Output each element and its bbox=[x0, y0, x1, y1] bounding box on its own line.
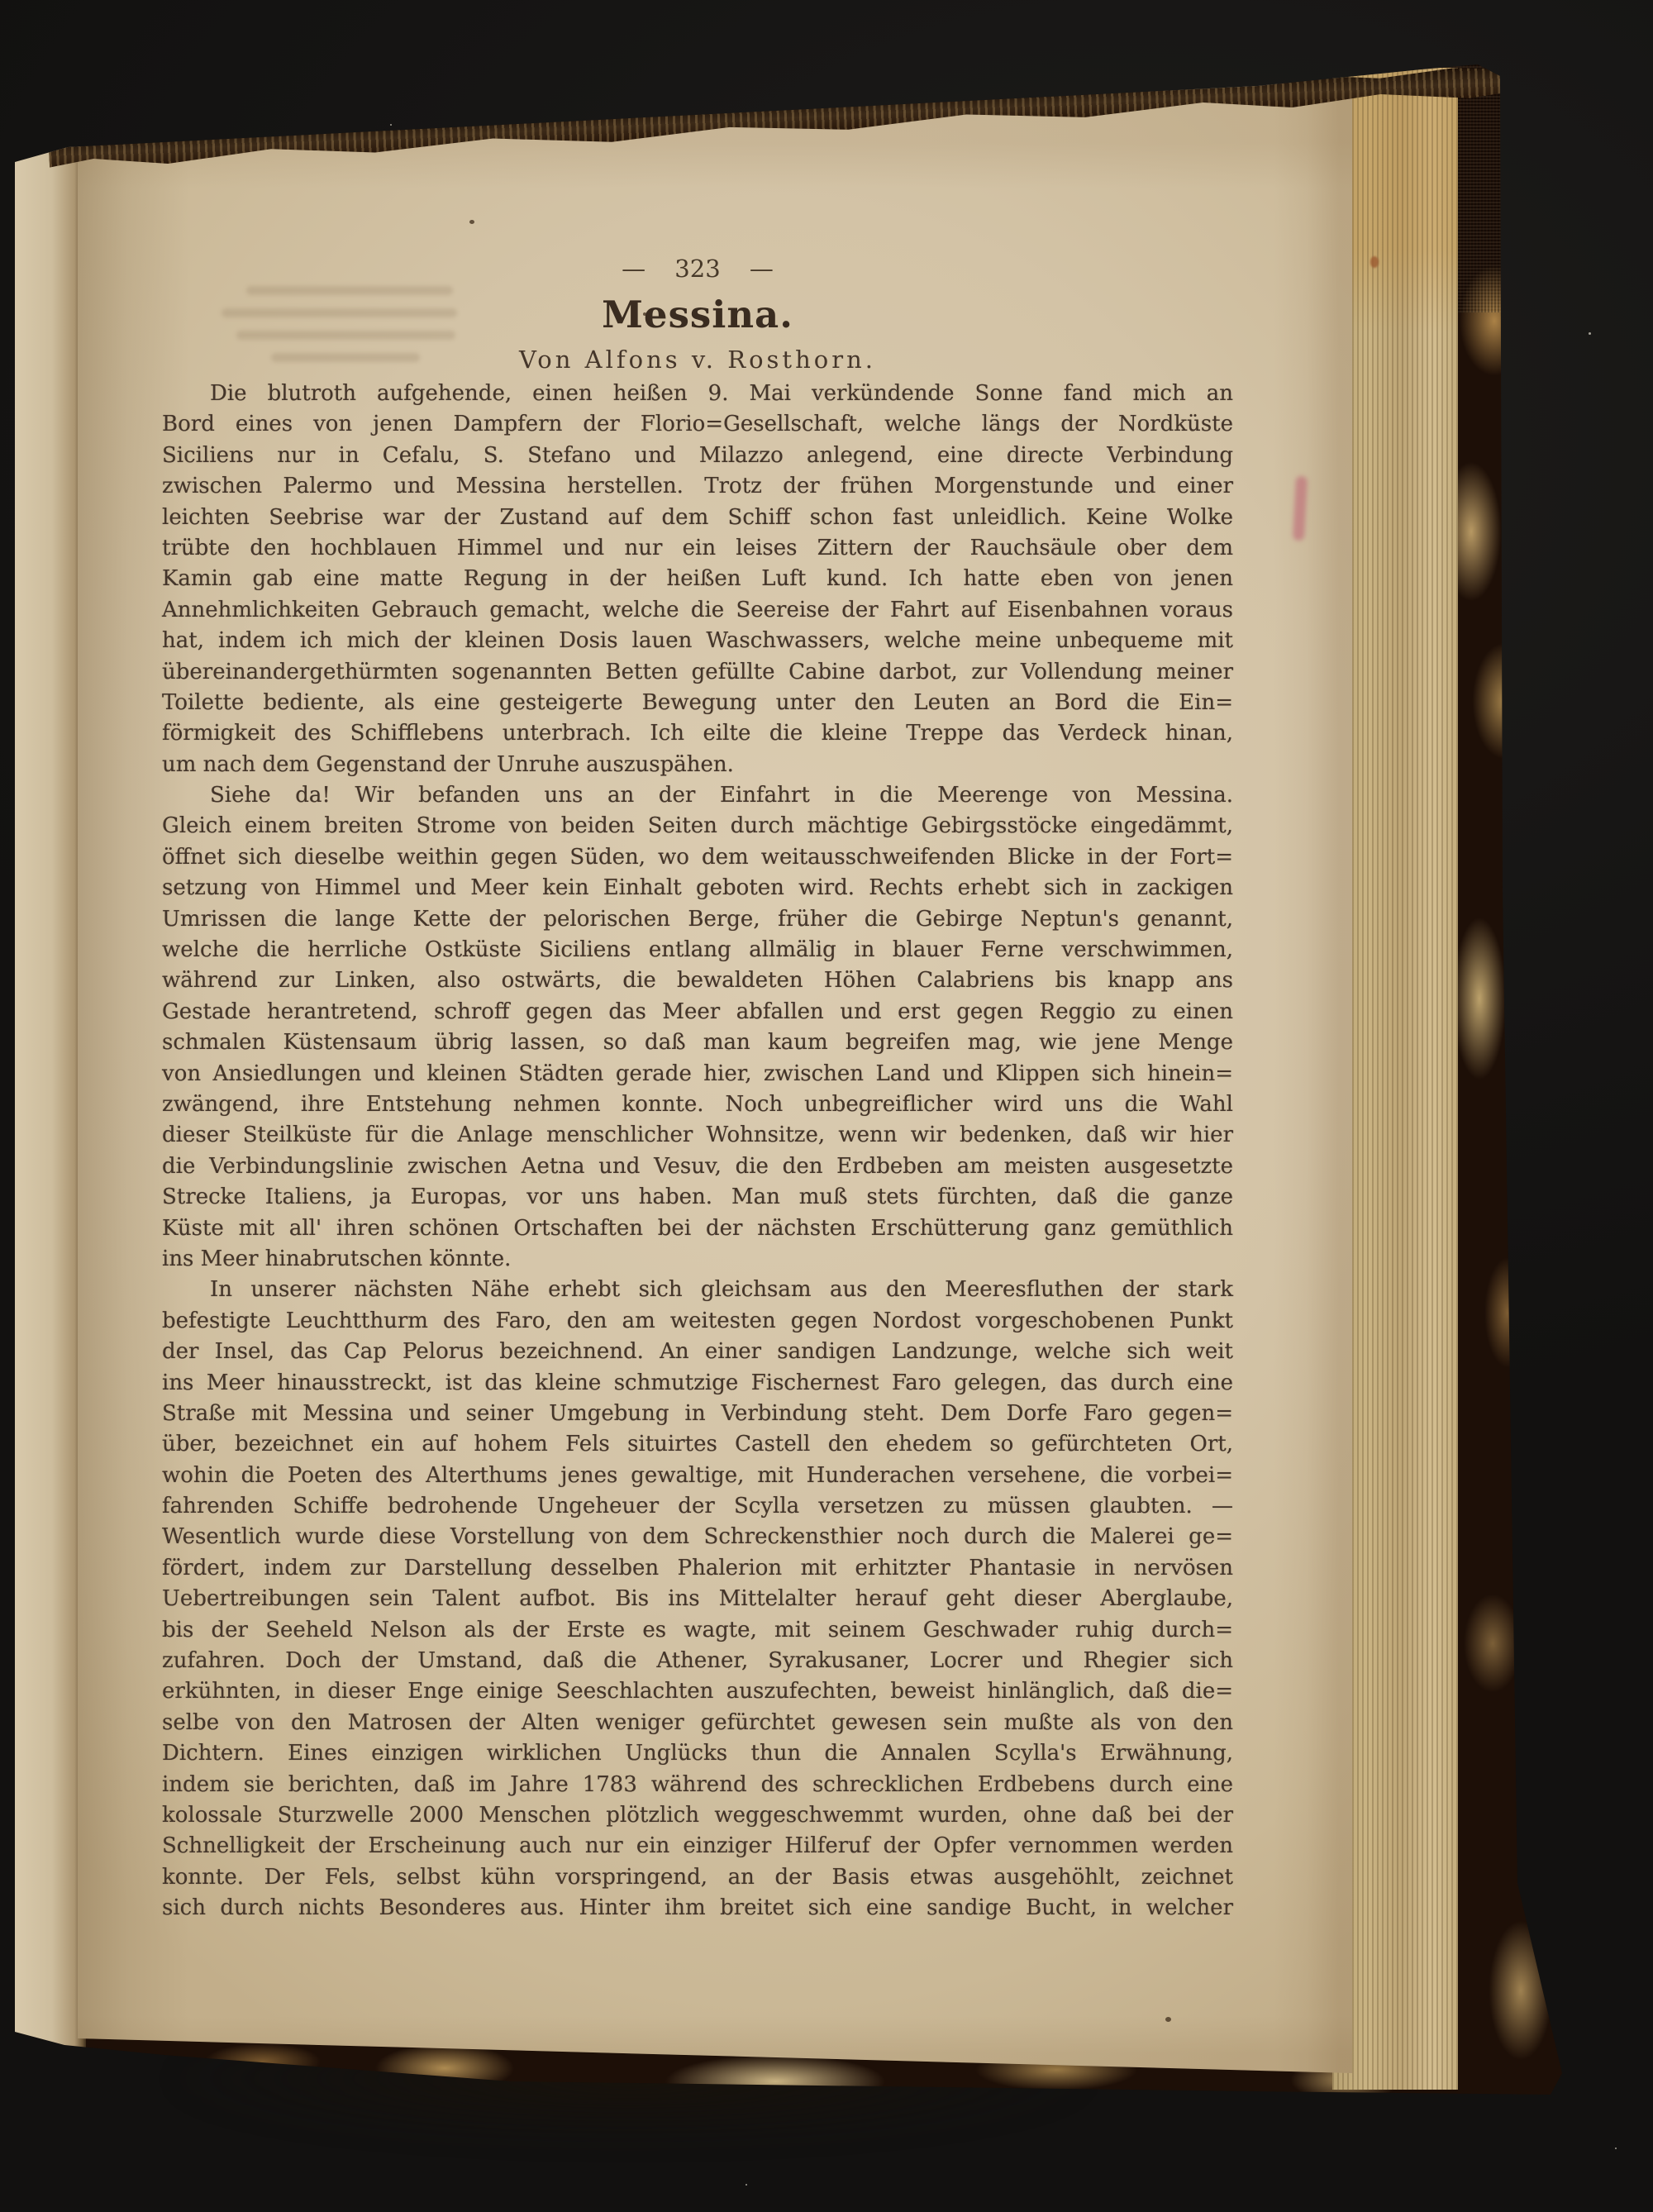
text-line: indem sie berichten, daß im Jahre 1783 w… bbox=[162, 1770, 1233, 1800]
text-line: übereinandergethürmten sogenannten Bette… bbox=[162, 657, 1233, 688]
text-line: förmigkeit des Schifflebens unterbrach. … bbox=[162, 718, 1233, 749]
text-line: zwischen Palermo und Messina herstellen.… bbox=[162, 471, 1233, 502]
text-line: selbe von den Matrosen der Alten weniger… bbox=[162, 1708, 1233, 1738]
text-line: Schnelligkeit der Erscheinung auch nur e… bbox=[162, 1831, 1233, 1862]
text-line: befestigte Leuchtthurm des Faro, den am … bbox=[162, 1306, 1233, 1337]
text-line: In unserer nächsten Nähe erhebt sich gle… bbox=[162, 1275, 1233, 1305]
text-line: erkühnten, in dieser Enge einige Seeschl… bbox=[162, 1676, 1233, 1707]
text-line: welche die herrliche Ostküste Siciliens … bbox=[162, 935, 1233, 965]
text-line: während zur Linken, also ostwärts, die b… bbox=[162, 965, 1233, 996]
text-line: fördert, indem zur Darstellung desselben… bbox=[162, 1553, 1233, 1584]
text-line: ins Meer hinabrutschen könnte. bbox=[162, 1244, 1233, 1275]
dust-speck bbox=[746, 2184, 747, 2186]
text-line: Die blutroth aufgehende, einen heißen 9.… bbox=[162, 379, 1233, 409]
text-line: zwängend, ihre Entstehung nehmen konnte.… bbox=[162, 1089, 1233, 1120]
text-line: konnte. Der Fels, selbst kühn vorspringe… bbox=[162, 1862, 1233, 1893]
text-line: schmalen Küstensaum übrig lassen, so daß… bbox=[162, 1027, 1233, 1058]
text-line: Wesentlich wurde diese Vorstellung von d… bbox=[162, 1522, 1233, 1552]
text-line: öffnet sich dieselbe weithin gegen Süden… bbox=[162, 842, 1233, 873]
article-title: Messina. bbox=[162, 293, 1233, 336]
text-line: trübte den hochblauen Himmel und nur ein… bbox=[162, 533, 1233, 564]
article-byline: Von Alfons v. Rosthorn. bbox=[162, 346, 1233, 374]
text-line: die Verbindungslinie zwischen Aetna und … bbox=[162, 1151, 1233, 1182]
text-line: setzung von Himmel und Meer kein Einhalt… bbox=[162, 873, 1233, 903]
text-line: Siciliens nur in Cefalu, S. Stefano und … bbox=[162, 441, 1233, 471]
text-line: Umrissen die lange Kette der pelorischen… bbox=[162, 904, 1233, 935]
text-line: bis der Seeheld Nelson als der Erste es … bbox=[162, 1615, 1233, 1646]
page-number: — 323 — bbox=[162, 255, 1233, 283]
text-line: Annehmlichkeiten Gebrauch gemacht, welch… bbox=[162, 595, 1233, 626]
text-line: Straße mit Messina und seiner Umgebung i… bbox=[162, 1399, 1233, 1429]
dust-speck bbox=[1615, 2148, 1617, 2149]
text-line: zufahren. Doch der Umstand, daß die Athe… bbox=[162, 1646, 1233, 1676]
text-line: um nach dem Gegenstand der Unruhe auszus… bbox=[162, 750, 1233, 780]
text-line: dieser Steilküste für die Anlage menschl… bbox=[162, 1120, 1233, 1151]
text-line: der Insel, das Cap Pelorus bezeichnend. … bbox=[162, 1337, 1233, 1367]
text-line: Kamin gab eine matte Regung in der heiße… bbox=[162, 564, 1233, 594]
text-line: Gleich einem breiten Strome von beiden S… bbox=[162, 811, 1233, 841]
text-line: Toilette bediente, als eine gesteigerte … bbox=[162, 688, 1233, 718]
text-line: hat, indem ich mich der kleinen Dosis la… bbox=[162, 626, 1233, 656]
text-line: Uebertreibungen sein Talent aufbot. Bis … bbox=[162, 1584, 1233, 1614]
text-line: kolossale Sturzwelle 2000 Menschen plötz… bbox=[162, 1800, 1233, 1831]
text-line: Bord eines von jenen Dampfern der Florio… bbox=[162, 409, 1233, 440]
photo-background: — 323 — Messina. Von Alfons v. Rosthorn.… bbox=[0, 0, 1653, 2212]
text-line: Dichtern. Eines einzigen wirklichen Ungl… bbox=[162, 1738, 1233, 1769]
text-line: fahrenden Schiffe bedrohende Ungeheuer d… bbox=[162, 1491, 1233, 1522]
text-line: leichten Seebrise war der Zustand auf de… bbox=[162, 503, 1233, 533]
text-line: Gestade herantretend, schroff gegen das … bbox=[162, 997, 1233, 1027]
text-line: wohin die Poeten des Alterthums jenes ge… bbox=[162, 1461, 1233, 1491]
dust-speck bbox=[390, 124, 392, 126]
article-body: Die blutroth aufgehende, einen heißen 9.… bbox=[162, 379, 1233, 1924]
text-line: über, bezeichnet ein auf hohem Fels situ… bbox=[162, 1429, 1233, 1460]
book: — 323 — Messina. Von Alfons v. Rosthorn.… bbox=[15, 64, 1574, 2103]
text-line: Strecke Italiens, ja Europas, vor uns ha… bbox=[162, 1182, 1233, 1213]
text-line: Siehe da! Wir befanden uns an der Einfah… bbox=[162, 780, 1233, 811]
text-line: Küste mit all' ihren schönen Ortschaften… bbox=[162, 1213, 1233, 1244]
text-line: ins Meer hinausstreckt, ist das kleine s… bbox=[162, 1368, 1233, 1399]
printed-text: — 323 — Messina. Von Alfons v. Rosthorn.… bbox=[15, 64, 1574, 2103]
text-line: von Ansiedlungen und kleinen Städten ger… bbox=[162, 1059, 1233, 1089]
text-line: sich durch nichts Besonderes aus. Hinter… bbox=[162, 1893, 1233, 1924]
dust-speck bbox=[1589, 332, 1591, 335]
